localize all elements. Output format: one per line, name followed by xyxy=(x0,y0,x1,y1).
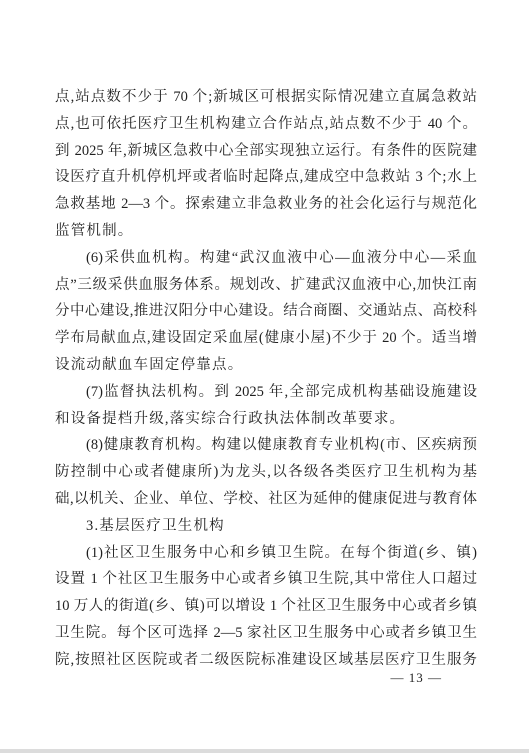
text-line: 3.基层医疗卫生机构 xyxy=(55,513,477,540)
text-line: 和设备提档升级,落实综合行政执法体制改革要求。 xyxy=(55,406,477,433)
page-bottom-edge xyxy=(0,749,529,753)
text-line: 设医疗直升机停机坪或者临时起降点,建成空中急救站 3 个;水上 xyxy=(55,164,477,191)
page-number: — 13 — xyxy=(391,670,443,686)
text-line: 10 万人的街道(乡、镇)可以增设 1 个社区卫生服务中心或者乡镇 xyxy=(55,593,477,620)
text-line: 设置 1 个社区卫生服务中心或者乡镇卫生院,其中常住人口超过 xyxy=(55,566,477,593)
document-page: 点,站点数不少于 70 个;新城区可根据实际情况建立直属急救站点,也可依托医疗卫… xyxy=(0,0,529,753)
text-line: 分中心建设,推进汉阳分中心建设。结合商圈、交通站点、高校科 xyxy=(55,298,477,325)
text-line: (1)社区卫生服务中心和乡镇卫生院。在每个街道(乡、镇) xyxy=(55,540,477,567)
text-line: (7)监督执法机构。到 2025 年,全部完成机构基础设施建设 xyxy=(55,379,477,406)
text-line: 学布局献血点,建设固定采血屋(健康小屋)不少于 20 个。适当增 xyxy=(55,325,477,352)
text-line: 到 2025 年,新城区急救中心全部实现独立运行。有条件的医院建 xyxy=(55,138,477,165)
text-line: 监管机制。 xyxy=(55,218,477,245)
text-line: 点”三级采供血服务体系。规划改、扩建武汉血液中心,加快江南 xyxy=(55,272,477,299)
text-line: 防控制中心或者健康所)为龙头,以各级各类医疗卫生机构为基 xyxy=(55,459,477,486)
text-line: 设流动献血车固定停靠点。 xyxy=(55,352,477,379)
text-line: (6)采供血机构。构建“武汉血液中心—血液分中心—采血 xyxy=(55,245,477,272)
text-line: 础,以机关、企业、单位、学校、社区为延伸的健康促进与教育体系。 xyxy=(55,486,477,513)
text-line: 卫生院。每个区可选择 2—5 家社区卫生服务中心或者乡镇卫生 xyxy=(55,620,477,647)
text-line: 急救基地 2—3 个。探索建立非急救业务的社会化运行与规范化 xyxy=(55,191,477,218)
document-body: 点,站点数不少于 70 个;新城区可根据实际情况建立直属急救站点,也可依托医疗卫… xyxy=(55,84,477,674)
text-line: (8)健康教育机构。构建以健康教育专业机构(市、区疾病预 xyxy=(55,432,477,459)
text-line: 点,也可依托医疗卫生机构建立合作站点,站点数不少于 40 个。 xyxy=(55,111,477,138)
text-line: 点,站点数不少于 70 个;新城区可根据实际情况建立直属急救站 xyxy=(55,84,477,111)
